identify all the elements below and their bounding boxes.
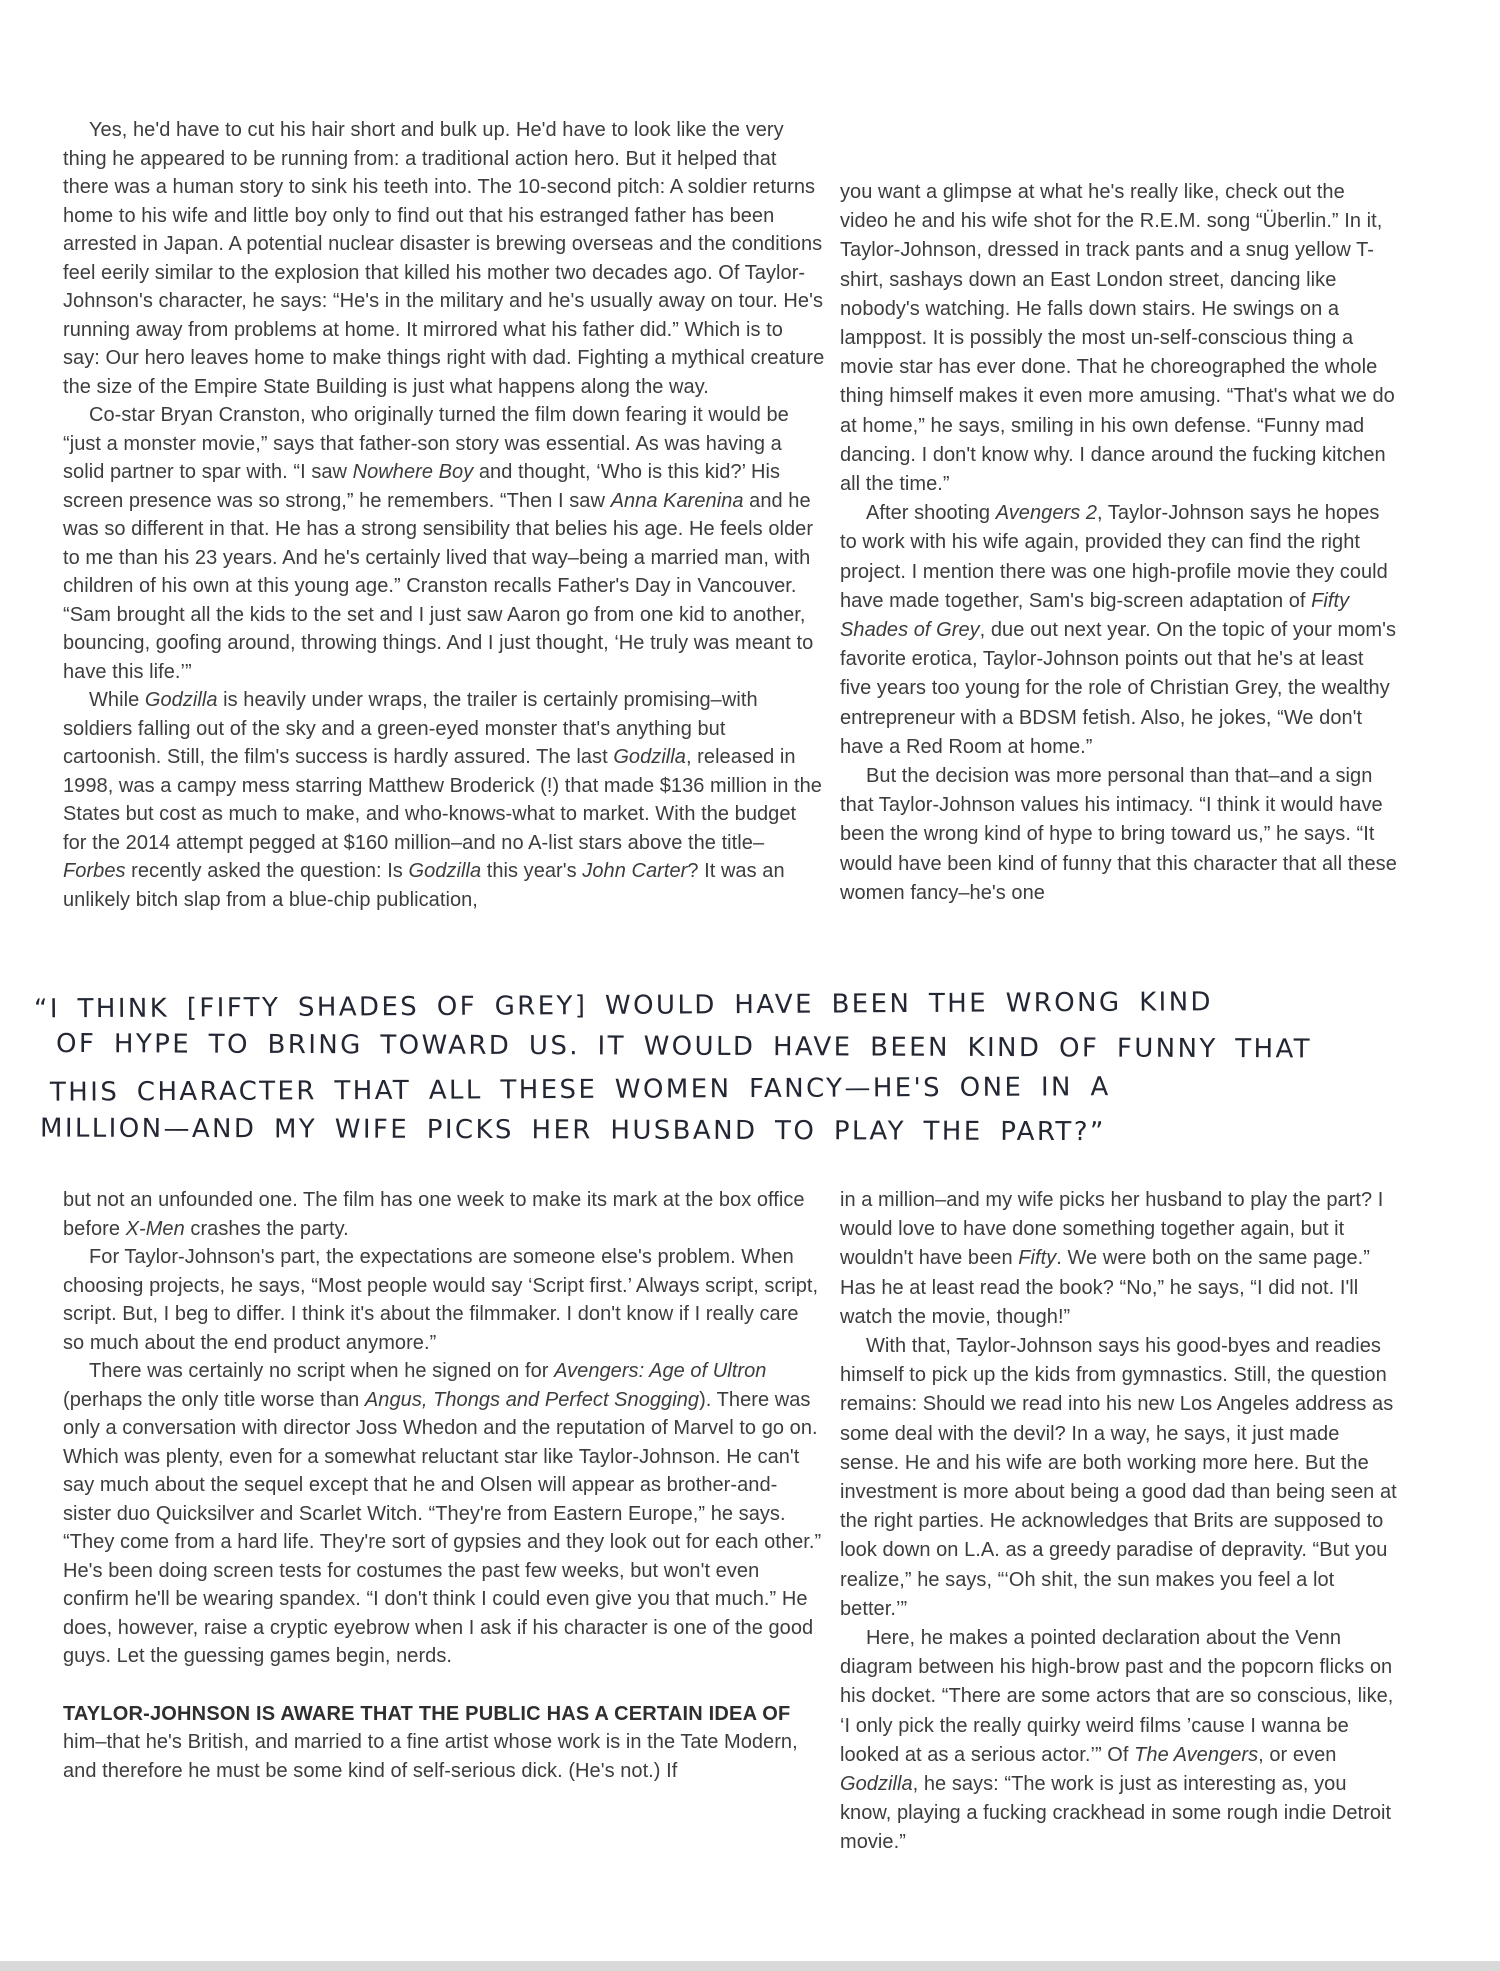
body-paragraph: With that, Taylor-Johnson says his good-… bbox=[840, 1332, 1400, 1624]
handwritten-quote-line: MILLION—AND MY WIFE PICKS HER HUSBAND TO… bbox=[28, 1113, 1480, 1160]
body-paragraph: There was certainly no script when he si… bbox=[63, 1357, 825, 1671]
body-paragraph: After shooting Avengers 2, Taylor-Johnso… bbox=[840, 499, 1398, 762]
italic-run: Avengers: Age of Ultron bbox=[554, 1360, 766, 1382]
body-paragraph: you want a glimpse at what he's really l… bbox=[840, 178, 1398, 499]
body-paragraph: But the decision was more personal than … bbox=[840, 762, 1398, 908]
body-paragraph: While Godzilla is heavily under wraps, t… bbox=[63, 686, 825, 914]
body-paragraph: Yes, he'd have to cut his hair short and… bbox=[63, 116, 825, 401]
italic-run: Godzilla bbox=[840, 1773, 913, 1795]
section-heading-paragraph: TAYLOR-JOHNSON IS AWARE THAT THE PUBLIC … bbox=[63, 1700, 825, 1786]
handwritten-pull-quote: “I THINK [FIFTY SHADES OF GREY] WOULD HA… bbox=[28, 990, 1480, 1158]
body-paragraph: Here, he makes a pointed declaration abo… bbox=[840, 1624, 1400, 1858]
bold-run: TAYLOR-JOHNSON IS AWARE THAT THE PUBLIC … bbox=[63, 1703, 790, 1725]
italic-run: John Carter bbox=[582, 860, 687, 882]
italic-run: The Avengers bbox=[1134, 1744, 1258, 1766]
italic-run: Godzilla bbox=[408, 860, 481, 882]
italic-run: Fifty Shades of Grey bbox=[840, 590, 1349, 641]
page-bottom-edge-bar bbox=[0, 1961, 1500, 1971]
italic-run: Nowhere Boy bbox=[353, 461, 474, 483]
body-paragraph: For Taylor-Johnson's part, the expectati… bbox=[63, 1243, 825, 1357]
magazine-page: Yes, he'd have to cut his hair short and… bbox=[0, 0, 1500, 1971]
body-paragraph: in a million–and my wife picks her husba… bbox=[840, 1186, 1400, 1332]
italic-run: Anna Karenina bbox=[611, 490, 744, 512]
top-right-column: you want a glimpse at what he's really l… bbox=[840, 178, 1398, 908]
body-paragraph: but not an unfounded one. The film has o… bbox=[63, 1186, 825, 1243]
italic-run: Forbes bbox=[63, 860, 126, 882]
italic-run: Fifty bbox=[1018, 1247, 1056, 1269]
handwritten-quote-line: THIS CHARACTER THAT ALL THESE WOMEN FANC… bbox=[28, 1070, 1480, 1120]
italic-run: Godzilla bbox=[145, 689, 218, 711]
italic-run: Godzilla bbox=[613, 746, 686, 768]
handwritten-quote-line: OF HYPE TO BRING TOWARD US. IT WOULD HAV… bbox=[28, 1029, 1480, 1077]
italic-run: X-Men bbox=[126, 1218, 185, 1240]
italic-run: Avengers 2 bbox=[996, 502, 1097, 524]
bottom-left-column: but not an unfounded one. The film has o… bbox=[63, 1186, 825, 1785]
italic-run: Angus, Thongs and Perfect Snogging bbox=[365, 1389, 699, 1411]
body-paragraph: Co-star Bryan Cranston, who originally t… bbox=[63, 401, 825, 686]
bottom-right-column: in a million–and my wife picks her husba… bbox=[840, 1186, 1400, 1858]
top-left-column: Yes, he'd have to cut his hair short and… bbox=[63, 116, 825, 914]
